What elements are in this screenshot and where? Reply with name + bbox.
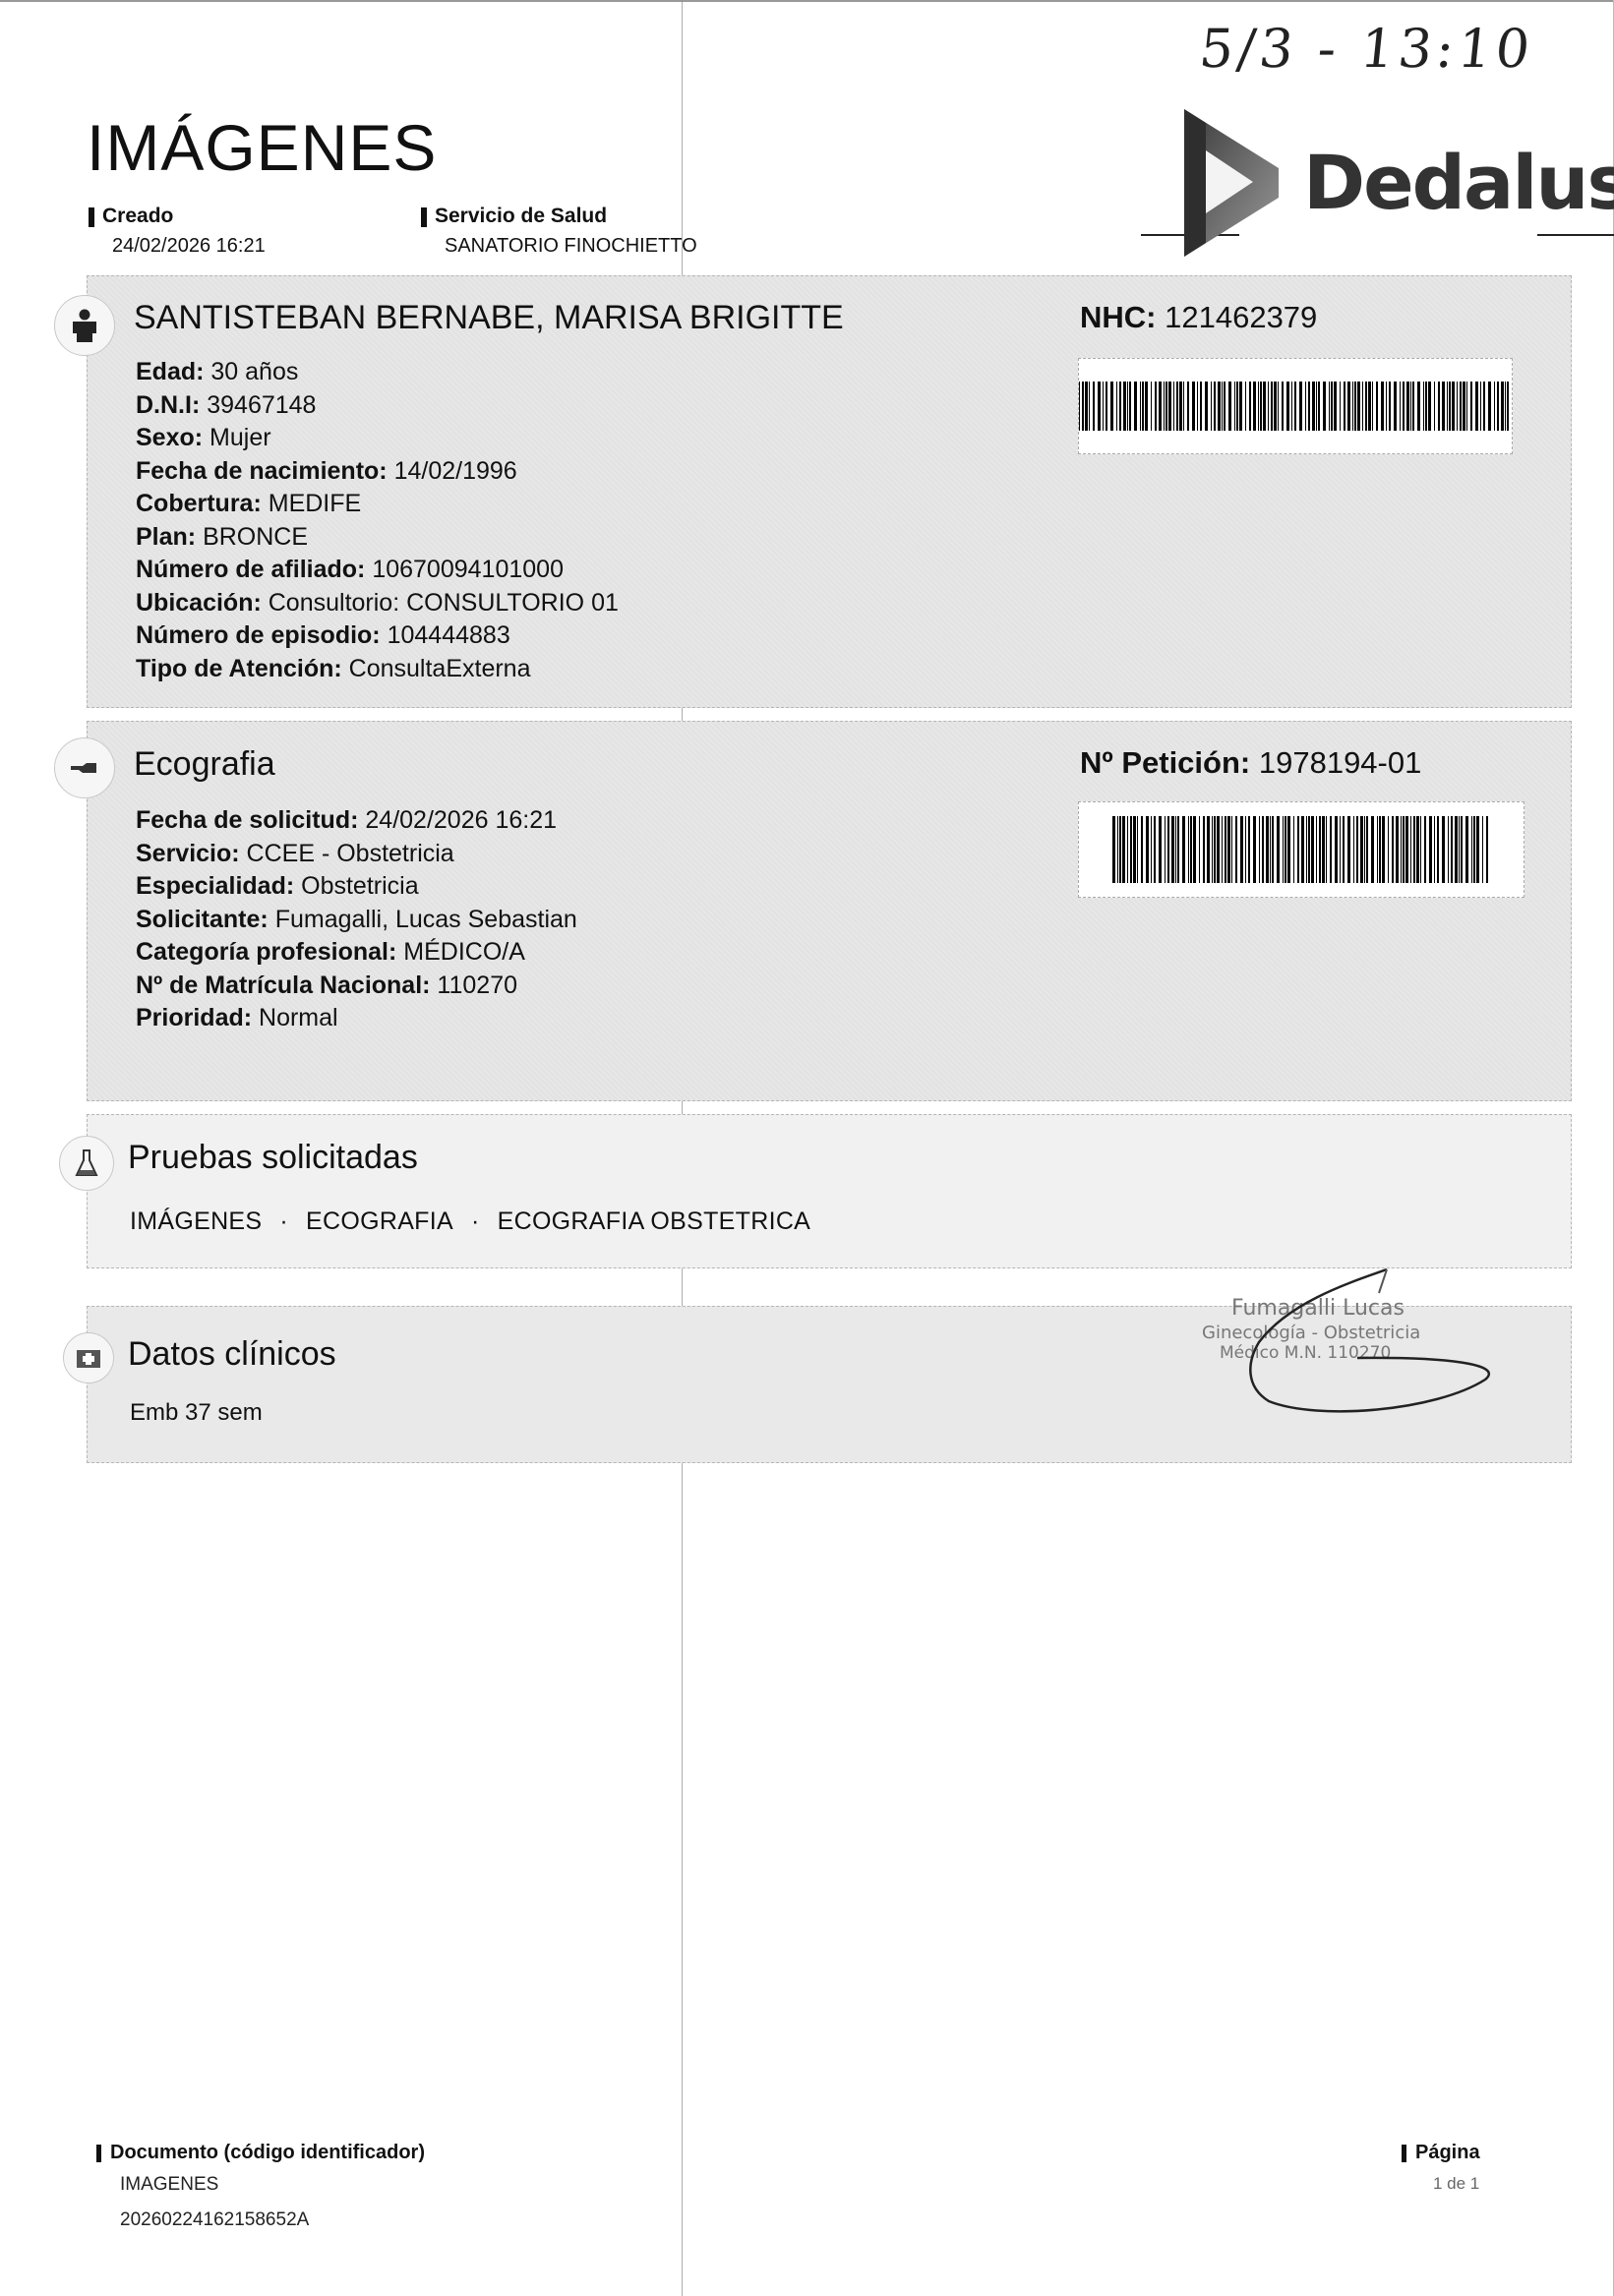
document-code-label: Documento (código identificador) — [96, 2142, 425, 2164]
field-label: Solicitante: — [136, 906, 269, 933]
request-title: Ecografia — [134, 745, 275, 784]
peticion-value: 1978194-01 — [1259, 745, 1422, 780]
clinical-text: Emb 37 sem — [130, 1396, 263, 1430]
dedalus-logo: Dedalus — [1180, 103, 1614, 261]
field-row: Edad: 30 años — [136, 356, 619, 389]
field-row: Número de episodio: 104444883 — [136, 619, 619, 653]
field-row: Solicitante: Fumagalli, Lucas Sebastian — [136, 904, 577, 937]
field-row: Nº de Matrícula Nacional: 110270 — [136, 970, 577, 1003]
hand-pointing-icon — [69, 758, 100, 778]
field-value: 10670094101000 — [365, 556, 564, 583]
field-label: Categoría profesional: — [136, 938, 396, 966]
field-row: Ubicación: Consultorio: CONSULTORIO 01 — [136, 587, 619, 620]
field-label: Número de episodio: — [136, 621, 381, 649]
field-value: MÉDICO/A — [396, 938, 525, 966]
person-icon — [70, 309, 99, 342]
field-value: 14/02/1996 — [388, 457, 517, 485]
field-label: Fecha de nacimiento: — [136, 457, 388, 485]
tests-panel — [87, 1114, 1572, 1268]
document-code: 20260224162158652A — [96, 2209, 425, 2231]
field-label: Edad: — [136, 358, 204, 385]
field-row: Plan: BRONCE — [136, 521, 619, 555]
field-value: CCEE - Obstetricia — [240, 840, 454, 867]
document-title: IMÁGENES — [87, 110, 437, 185]
field-label: Cobertura: — [136, 490, 262, 517]
field-row: Fecha de nacimiento: 14/02/1996 — [136, 455, 619, 489]
field-row: Especialidad: Obstetricia — [136, 870, 577, 904]
field-value: Consultorio: CONSULTORIO 01 — [262, 589, 619, 617]
peticion-barcode — [1078, 801, 1524, 898]
clinical-badge — [63, 1332, 114, 1383]
service-value: SANATORIO FINOCHIETTO — [421, 235, 697, 258]
dedalus-logo-icon — [1180, 103, 1284, 261]
field-label: Sexo: — [136, 424, 203, 451]
test-item: IMÁGENES — [130, 1207, 262, 1235]
barcode-icon — [1079, 382, 1512, 431]
document-type: IMAGENES — [96, 2174, 425, 2196]
field-value: MEDIFE — [262, 490, 361, 517]
request-fields: Fecha de solicitud: 24/02/2026 16:21Serv… — [136, 804, 577, 1035]
field-value: BRONCE — [196, 523, 308, 551]
field-label: Ubicación: — [136, 589, 262, 617]
field-label: Nº de Matrícula Nacional: — [136, 971, 430, 999]
field-value: ConsultaExterna — [342, 655, 531, 682]
handwritten-note: 5/3 - 13:10 — [1197, 18, 1537, 80]
field-value: Mujer — [203, 424, 270, 451]
peticion: Nº Petición: 1978194-01 — [1080, 745, 1421, 781]
nhc-barcode — [1078, 358, 1513, 454]
barcode-icon — [1112, 816, 1490, 883]
field-value: Obstetricia — [294, 872, 418, 900]
page-label: Página — [1402, 2142, 1480, 2164]
field-value: 39467148 — [200, 391, 316, 419]
field-row: Número de afiliado: 10670094101000 — [136, 554, 619, 587]
patient-fields: Edad: 30 añosD.N.I: 39467148Sexo: MujerF… — [136, 356, 619, 685]
field-label: Prioridad: — [136, 1004, 252, 1031]
field-row: Categoría profesional: MÉDICO/A — [136, 936, 577, 970]
field-row: Sexo: Mujer — [136, 422, 619, 455]
nhc: NHC: 121462379 — [1080, 300, 1317, 335]
field-label: D.N.I: — [136, 391, 200, 419]
page-block: Página 1 de 1 — [1402, 2142, 1480, 2194]
created-meta: Creado 24/02/2026 16:21 — [89, 205, 266, 258]
test-separator: · — [471, 1207, 480, 1235]
field-row: Fecha de solicitud: 24/02/2026 16:21 — [136, 804, 577, 838]
scan-edge — [0, 0, 1614, 2]
field-label: Especialidad: — [136, 872, 294, 900]
created-value: 24/02/2026 16:21 — [89, 235, 266, 258]
service-label: Servicio de Salud — [421, 205, 697, 228]
patient-badge — [54, 295, 115, 356]
patient-name: SANTISTEBAN BERNABE, MARISA BRIGITTE — [134, 299, 844, 337]
field-label: Número de afiliado: — [136, 556, 365, 583]
nhc-value: 121462379 — [1165, 300, 1317, 334]
tests-title: Pruebas solicitadas — [128, 1139, 418, 1177]
test-separator: · — [279, 1207, 288, 1235]
nhc-label: NHC: — [1080, 300, 1157, 334]
tests-list: IMÁGENES·ECOGRAFIA·ECOGRAFIA OBSTETRICA — [130, 1207, 810, 1236]
page-value: 1 de 1 — [1402, 2174, 1480, 2194]
medical-case-icon — [75, 1346, 102, 1370]
created-label: Creado — [89, 205, 266, 228]
field-value: 110270 — [430, 971, 517, 999]
document-code-block: Documento (código identificador) IMAGENE… — [96, 2142, 425, 2231]
logo-text: Dedalus — [1303, 139, 1614, 226]
field-value: Normal — [252, 1004, 338, 1031]
field-value: 30 años — [204, 358, 298, 385]
flask-icon — [75, 1148, 98, 1178]
tests-badge — [59, 1136, 114, 1191]
field-label: Plan: — [136, 523, 196, 551]
request-badge — [54, 737, 115, 798]
field-row: Cobertura: MEDIFE — [136, 488, 619, 521]
field-row: D.N.I: 39467148 — [136, 389, 619, 423]
field-value: 104444883 — [381, 621, 510, 649]
field-row: Servicio: CCEE - Obstetricia — [136, 838, 577, 871]
field-row: Tipo de Atención: ConsultaExterna — [136, 653, 619, 686]
field-value: 24/02/2026 16:21 — [358, 806, 557, 834]
field-label: Servicio: — [136, 840, 240, 867]
field-label: Fecha de solicitud: — [136, 806, 358, 834]
test-item: ECOGRAFIA OBSTETRICA — [498, 1207, 811, 1235]
service-meta: Servicio de Salud SANATORIO FINOCHIETTO — [421, 205, 697, 258]
peticion-label: Nº Petición: — [1080, 745, 1250, 780]
signature — [1210, 1264, 1505, 1421]
field-value: Fumagalli, Lucas Sebastian — [269, 906, 577, 933]
field-row: Prioridad: Normal — [136, 1002, 577, 1035]
field-label: Tipo de Atención: — [136, 655, 342, 682]
clinical-title: Datos clínicos — [128, 1335, 336, 1374]
test-item: ECOGRAFIA — [306, 1207, 453, 1235]
